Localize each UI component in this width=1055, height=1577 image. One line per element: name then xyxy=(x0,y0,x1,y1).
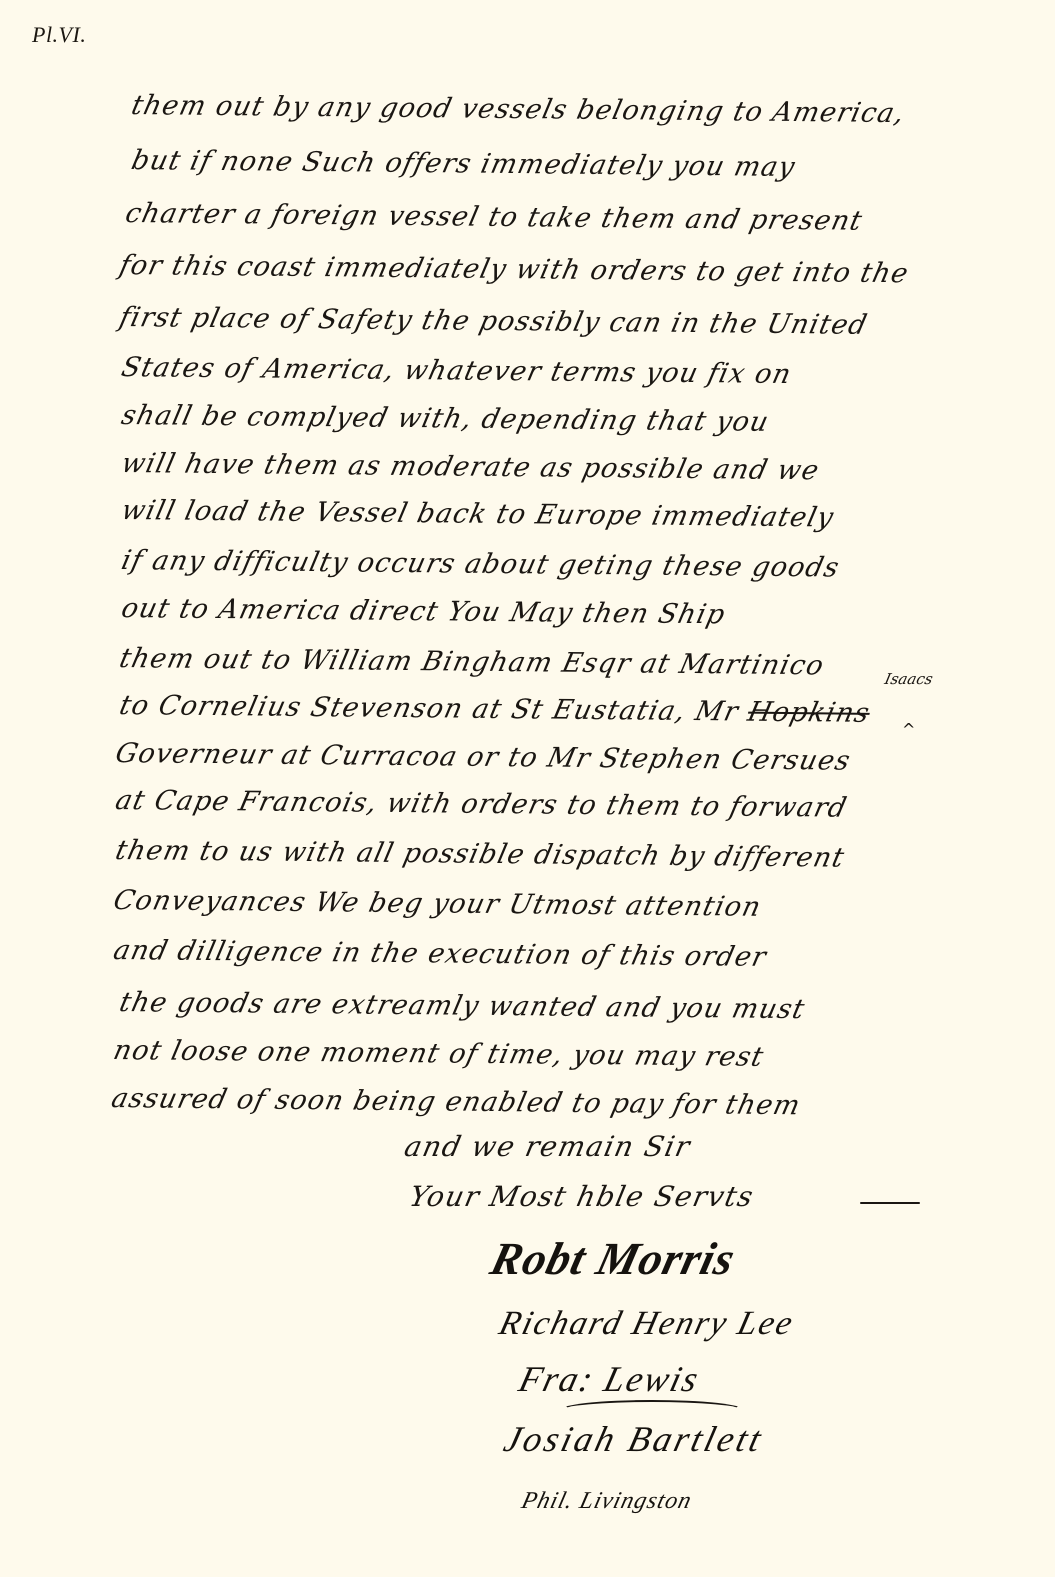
signature-richard-henry-lee: Richard Henry Lee xyxy=(495,1305,798,1343)
closing-flourish xyxy=(860,1202,920,1204)
struck-word: Hopkins xyxy=(745,697,873,729)
letter-line: charter a foreign vessel to take them an… xyxy=(123,198,866,237)
lewis-flourish xyxy=(560,1400,744,1420)
insertion-caret: ^ xyxy=(902,720,915,739)
letter-line: if any difficulty occurs about geting th… xyxy=(119,545,843,584)
letter-line: them out by any good vessels belonging t… xyxy=(129,90,909,129)
letter-line: will load the Vessel back to Europe imme… xyxy=(119,495,838,533)
letter-line: shall be complyed with, depending that y… xyxy=(119,400,773,438)
letter-line: at Cape Francois, with orders to them to… xyxy=(113,785,851,824)
plate-label: Pl.VI. xyxy=(32,22,86,48)
letter-line: Governeur at Curracoa or to Mr Stephen C… xyxy=(113,738,854,777)
interlinear-insertion: Isaacs xyxy=(883,670,934,688)
closing-servants: Your Most hble Servts xyxy=(406,1180,757,1213)
signature-robert-morris: Robt Morris xyxy=(485,1232,741,1285)
letter-line: the goods are extreamly wanted and you m… xyxy=(117,987,809,1025)
letter-line: for this coast immediately with orders t… xyxy=(117,250,913,289)
letter-line: assured of soon being enabled to pay for… xyxy=(109,1083,804,1121)
letter-line: them to us with all possible dispatch by… xyxy=(113,835,848,874)
letter-line: not loose one moment of time, you may re… xyxy=(111,1035,768,1073)
letter-line: first place of Safety the possibly can i… xyxy=(117,302,871,341)
closing-remain: and we remain Sir xyxy=(401,1130,693,1163)
letter-line: States of America, whatever terms you fi… xyxy=(119,352,795,390)
letter-line: to Cornelius Stevenson at St Eustatia, M… xyxy=(117,690,874,729)
signature-philip-livingston: Phil. Livingston xyxy=(519,1488,695,1515)
letter-line: will have them as moderate as possible a… xyxy=(119,448,823,486)
letter-line: them out to William Bingham Esqr at Mart… xyxy=(117,643,828,681)
letter-line: Conveyances We beg your Utmost attention xyxy=(111,885,765,923)
letter-line: but if none Such offers immediately you … xyxy=(129,145,799,183)
signature-francis-lewis: Fra: Lewis xyxy=(515,1358,704,1400)
signature-josiah-bartlett: Josiah Bartlett xyxy=(500,1418,768,1460)
letter-line: and dilligence in the execution of this … xyxy=(111,935,770,973)
letter-line-text: to Cornelius Stevenson at St Eustatia, M… xyxy=(117,690,742,727)
letter-line: out to America direct You May then Ship xyxy=(119,593,729,630)
